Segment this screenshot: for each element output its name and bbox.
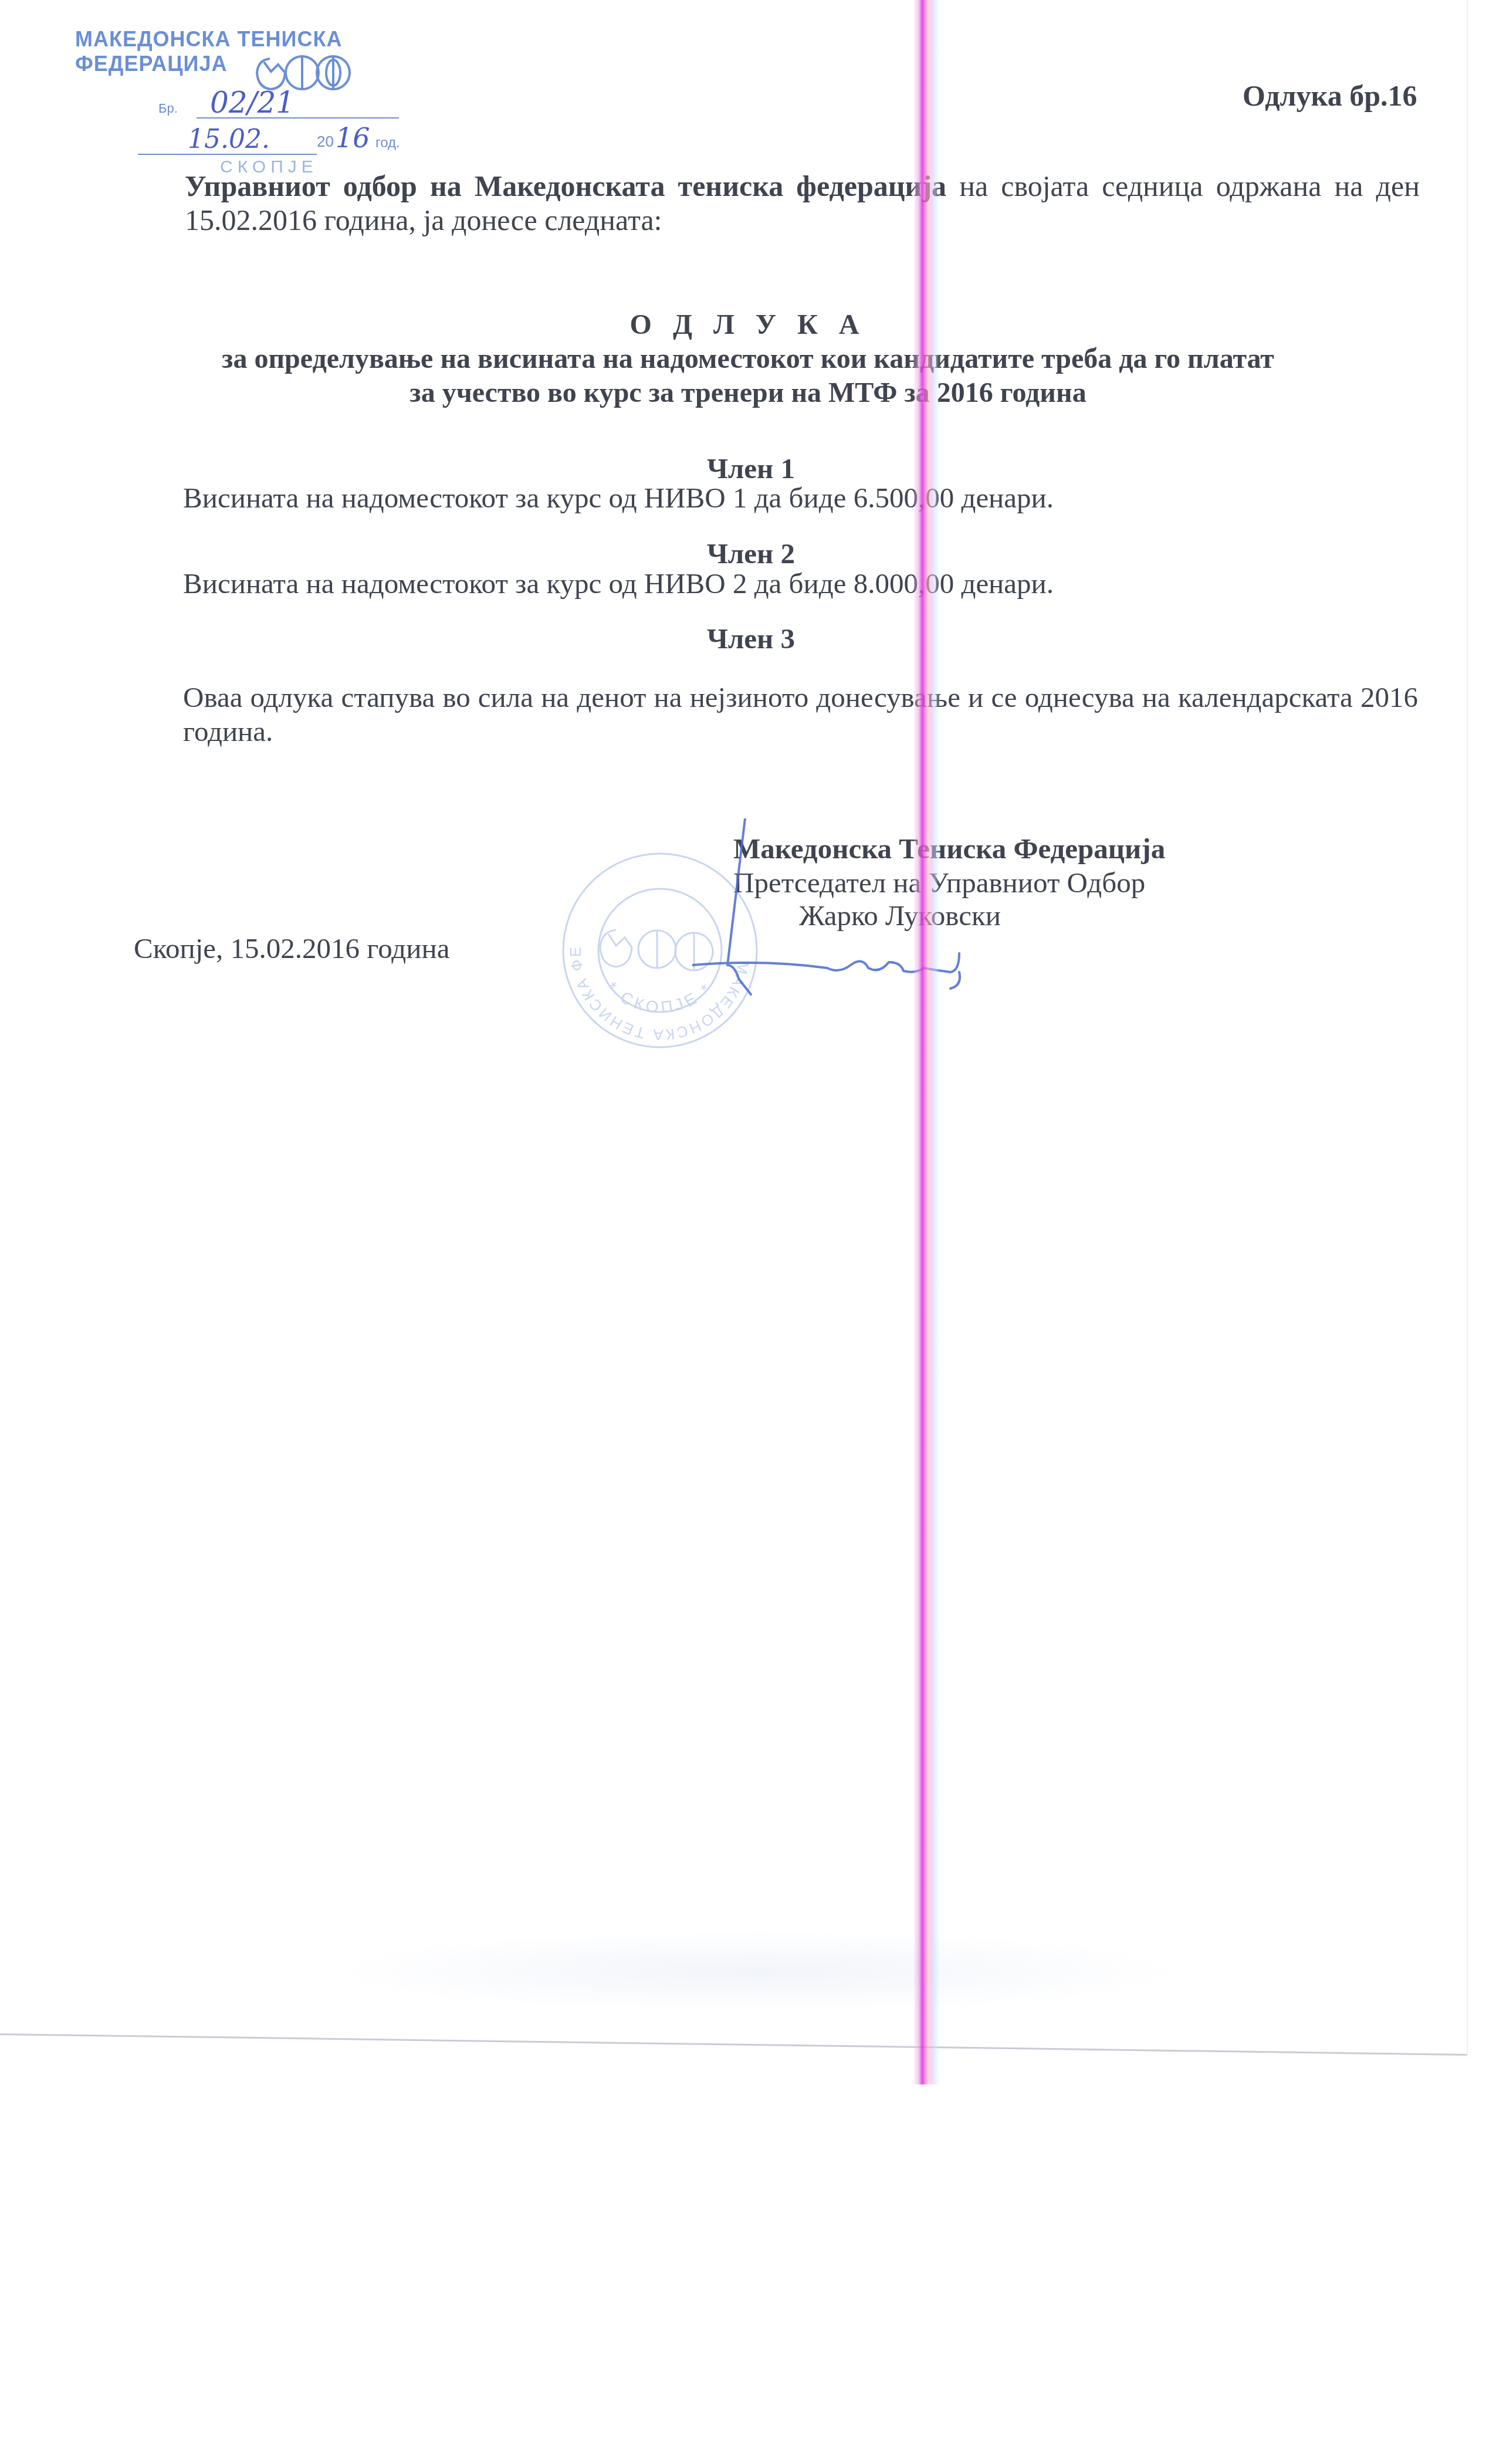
article-3-body: Оваа одлука стапува во сила на денот на … bbox=[183, 681, 1418, 749]
decision-title-block: О Д Л У К А за определување на висината … bbox=[176, 308, 1320, 410]
article-1-body: Висината на надоместокот за курс од НИВО… bbox=[183, 481, 1054, 515]
stamp-number-value: 02/21 bbox=[210, 86, 295, 120]
stamp-date-value: 15.02. bbox=[188, 124, 270, 154]
registration-stamp: МАКЕДОНСКА ТЕНИСКА ФЕДЕРАЦИЈА Бр. 02/21 … bbox=[70, 23, 422, 182]
document-number: Одлука бр.16 bbox=[1243, 79, 1417, 113]
decision-subtitle-line1: за определување на висината на надоместо… bbox=[176, 342, 1320, 376]
stamp-organization: МАКЕДОНСКА ТЕНИСКА ФЕДЕРАЦИЈА bbox=[75, 27, 422, 76]
stamp-year-handwritten: 16 bbox=[336, 122, 370, 154]
stamp-date-line bbox=[138, 154, 317, 155]
stamp-year-suffix: год. bbox=[375, 135, 400, 151]
stamp-number-line bbox=[197, 117, 399, 119]
scan-page-edge-right bbox=[1467, 0, 1468, 2056]
stamp-number-label: Бр. bbox=[158, 101, 178, 116]
intro-bold: Управниот одбор на Македонската тениска … bbox=[185, 170, 946, 202]
stamp-year-prefix: 20 bbox=[317, 133, 334, 151]
article-3-heading: Член 3 bbox=[176, 622, 1326, 656]
scan-smudge bbox=[317, 1930, 1197, 2012]
handwritten-signature-icon bbox=[692, 818, 1068, 1018]
decision-subtitle-line2: за учество во курс за тренери на МТФ за … bbox=[176, 376, 1320, 410]
decision-title: О Д Л У К А bbox=[176, 308, 1320, 342]
article-2-heading: Член 2 bbox=[176, 537, 1326, 571]
article-2-body: Висината на надоместокот за курс од НИВО… bbox=[183, 567, 1054, 601]
place-and-date: Скопје, 15.02.2016 година bbox=[134, 932, 449, 966]
scan-page-edge-bottom bbox=[0, 2033, 1467, 2056]
intro-paragraph: Управниот одбор на Македонската тениска … bbox=[185, 169, 1420, 237]
